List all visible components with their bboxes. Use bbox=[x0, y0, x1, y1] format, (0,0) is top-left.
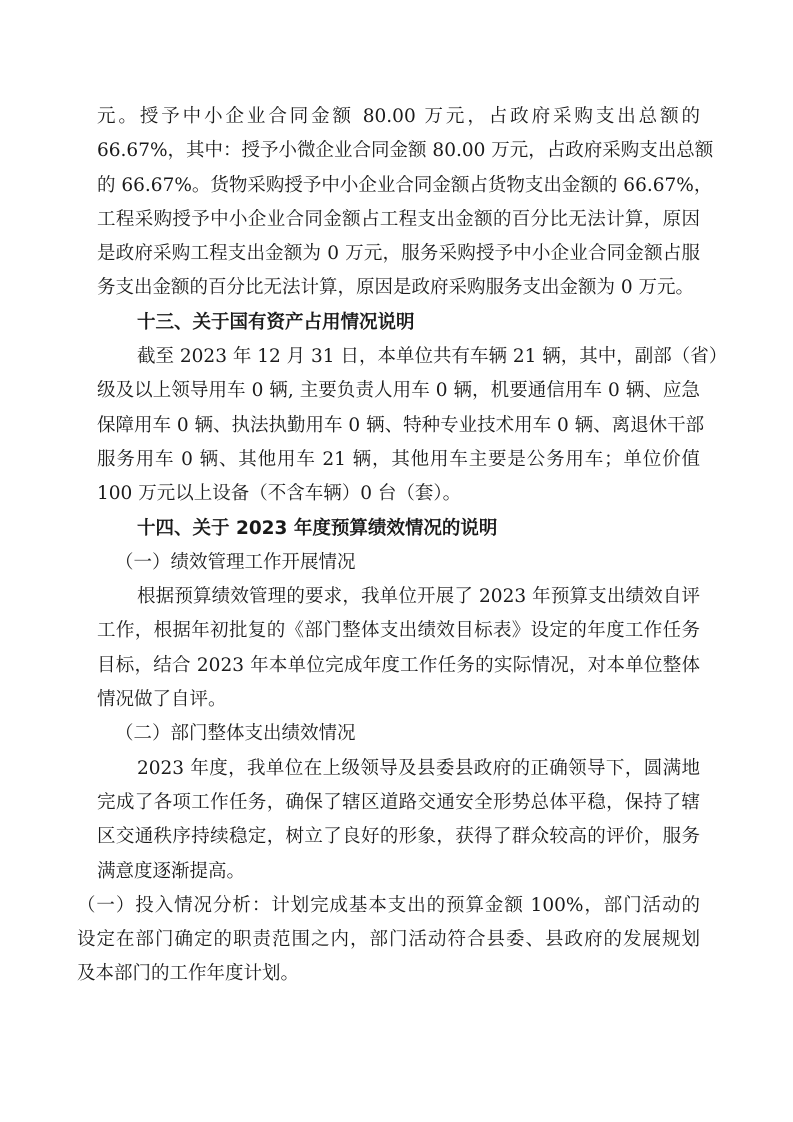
text-line: 66.67%，其中：授予小微企业合同金额 80.00 万元，占政府采购支出总额 bbox=[97, 134, 700, 168]
text-line: 务支出金额的百分比无法计算，原因是政府采购服务支出金额为 0 万元。 bbox=[97, 271, 700, 305]
section-heading-14: 十四、关于 2023 年度预算绩效情况的说明 bbox=[97, 512, 700, 546]
text-line: 区交通秩序持续稳定，树立了良好的形象，获得了群众较高的评价，服务 bbox=[97, 820, 700, 854]
text-line: 100 万元以上设备（不含车辆）0 台（套）。 bbox=[97, 477, 700, 511]
text-line: 工程采购授予中小企业合同金额占工程支出金额的百分比无法计算，原因 bbox=[97, 203, 700, 237]
text-line: 元。授予中小企业合同金额 80.00 万元，占政府采购支出总额的 bbox=[97, 100, 700, 134]
text-line: 保障用车 0 辆、执法执勤用车 0 辆、特种专业技术用车 0 辆、离退休干部 bbox=[97, 409, 700, 443]
paragraph-state-assets: 截至 2023 年 12 月 31 日，本单位共有车辆 21 辆，其中，副部（省… bbox=[97, 340, 700, 511]
text-line: 完成了各项工作任务，确保了辖区道路交通安全形势总体平稳，保持了辖 bbox=[97, 786, 700, 820]
text-line: 设定在部门确定的职责范围之内，部门活动符合县委、县政府的发展规划 bbox=[77, 923, 700, 957]
section-heading-13: 十三、关于国有资产占用情况说明 bbox=[97, 306, 700, 340]
text-line: 满意度逐渐提高。 bbox=[97, 855, 700, 889]
text-line: （一）投入情况分析：计划完成基本支出的预算金额 100%，部门活动的 bbox=[77, 889, 700, 923]
text-line: 工作，根据年初批复的《部门整体支出绩效目标表》设定的年度工作任务 bbox=[97, 614, 700, 648]
text-line: 级及以上领导用车 0 辆, 主要负责人用车 0 辆，机要通信用车 0 辆、应急 bbox=[97, 374, 700, 408]
subsection-heading-2: （二）部门整体支出绩效情况 bbox=[97, 717, 700, 751]
text-line: 根据预算绩效管理的要求，我单位开展了 2023 年预算支出绩效自评 bbox=[97, 580, 700, 614]
text-line: 截至 2023 年 12 月 31 日，本单位共有车辆 21 辆，其中，副部（省… bbox=[97, 340, 700, 374]
text-line: 情况做了自评。 bbox=[97, 683, 700, 717]
paragraph-procurement-continued: 元。授予中小企业合同金额 80.00 万元，占政府采购支出总额的 66.67%，… bbox=[97, 100, 700, 306]
paragraph-overall-performance: 2023 年度，我单位在上级领导及县委县政府的正确领导下，圆满地 完成了各项工作… bbox=[97, 752, 700, 889]
text-line: 是政府采购工程支出金额为 0 万元，服务采购授予中小企业合同金额占服 bbox=[97, 237, 700, 271]
document-page: 元。授予中小企业合同金额 80.00 万元，占政府采购支出总额的 66.67%，… bbox=[97, 100, 700, 992]
text-line: 服务用车 0 辆、其他用车 21 辆，其他用车主要是公务用车；单位价值 bbox=[97, 443, 700, 477]
paragraph-performance-management: 根据预算绩效管理的要求，我单位开展了 2023 年预算支出绩效自评 工作，根据年… bbox=[97, 580, 700, 717]
text-line: 的 66.67%。货物采购授予中小企业合同金额占货物支出金额的 66.67%， bbox=[97, 169, 700, 203]
text-line: 目标，结合 2023 年本单位完成年度工作任务的实际情况，对本单位整体 bbox=[97, 649, 700, 683]
subsection-heading-1: （一）绩效管理工作开展情况 bbox=[97, 546, 700, 580]
text-line: 及本部门的工作年度计划。 bbox=[77, 957, 700, 991]
paragraph-input-analysis: （一）投入情况分析：计划完成基本支出的预算金额 100%，部门活动的 设定在部门… bbox=[77, 889, 700, 992]
text-line: 2023 年度，我单位在上级领导及县委县政府的正确领导下，圆满地 bbox=[97, 752, 700, 786]
